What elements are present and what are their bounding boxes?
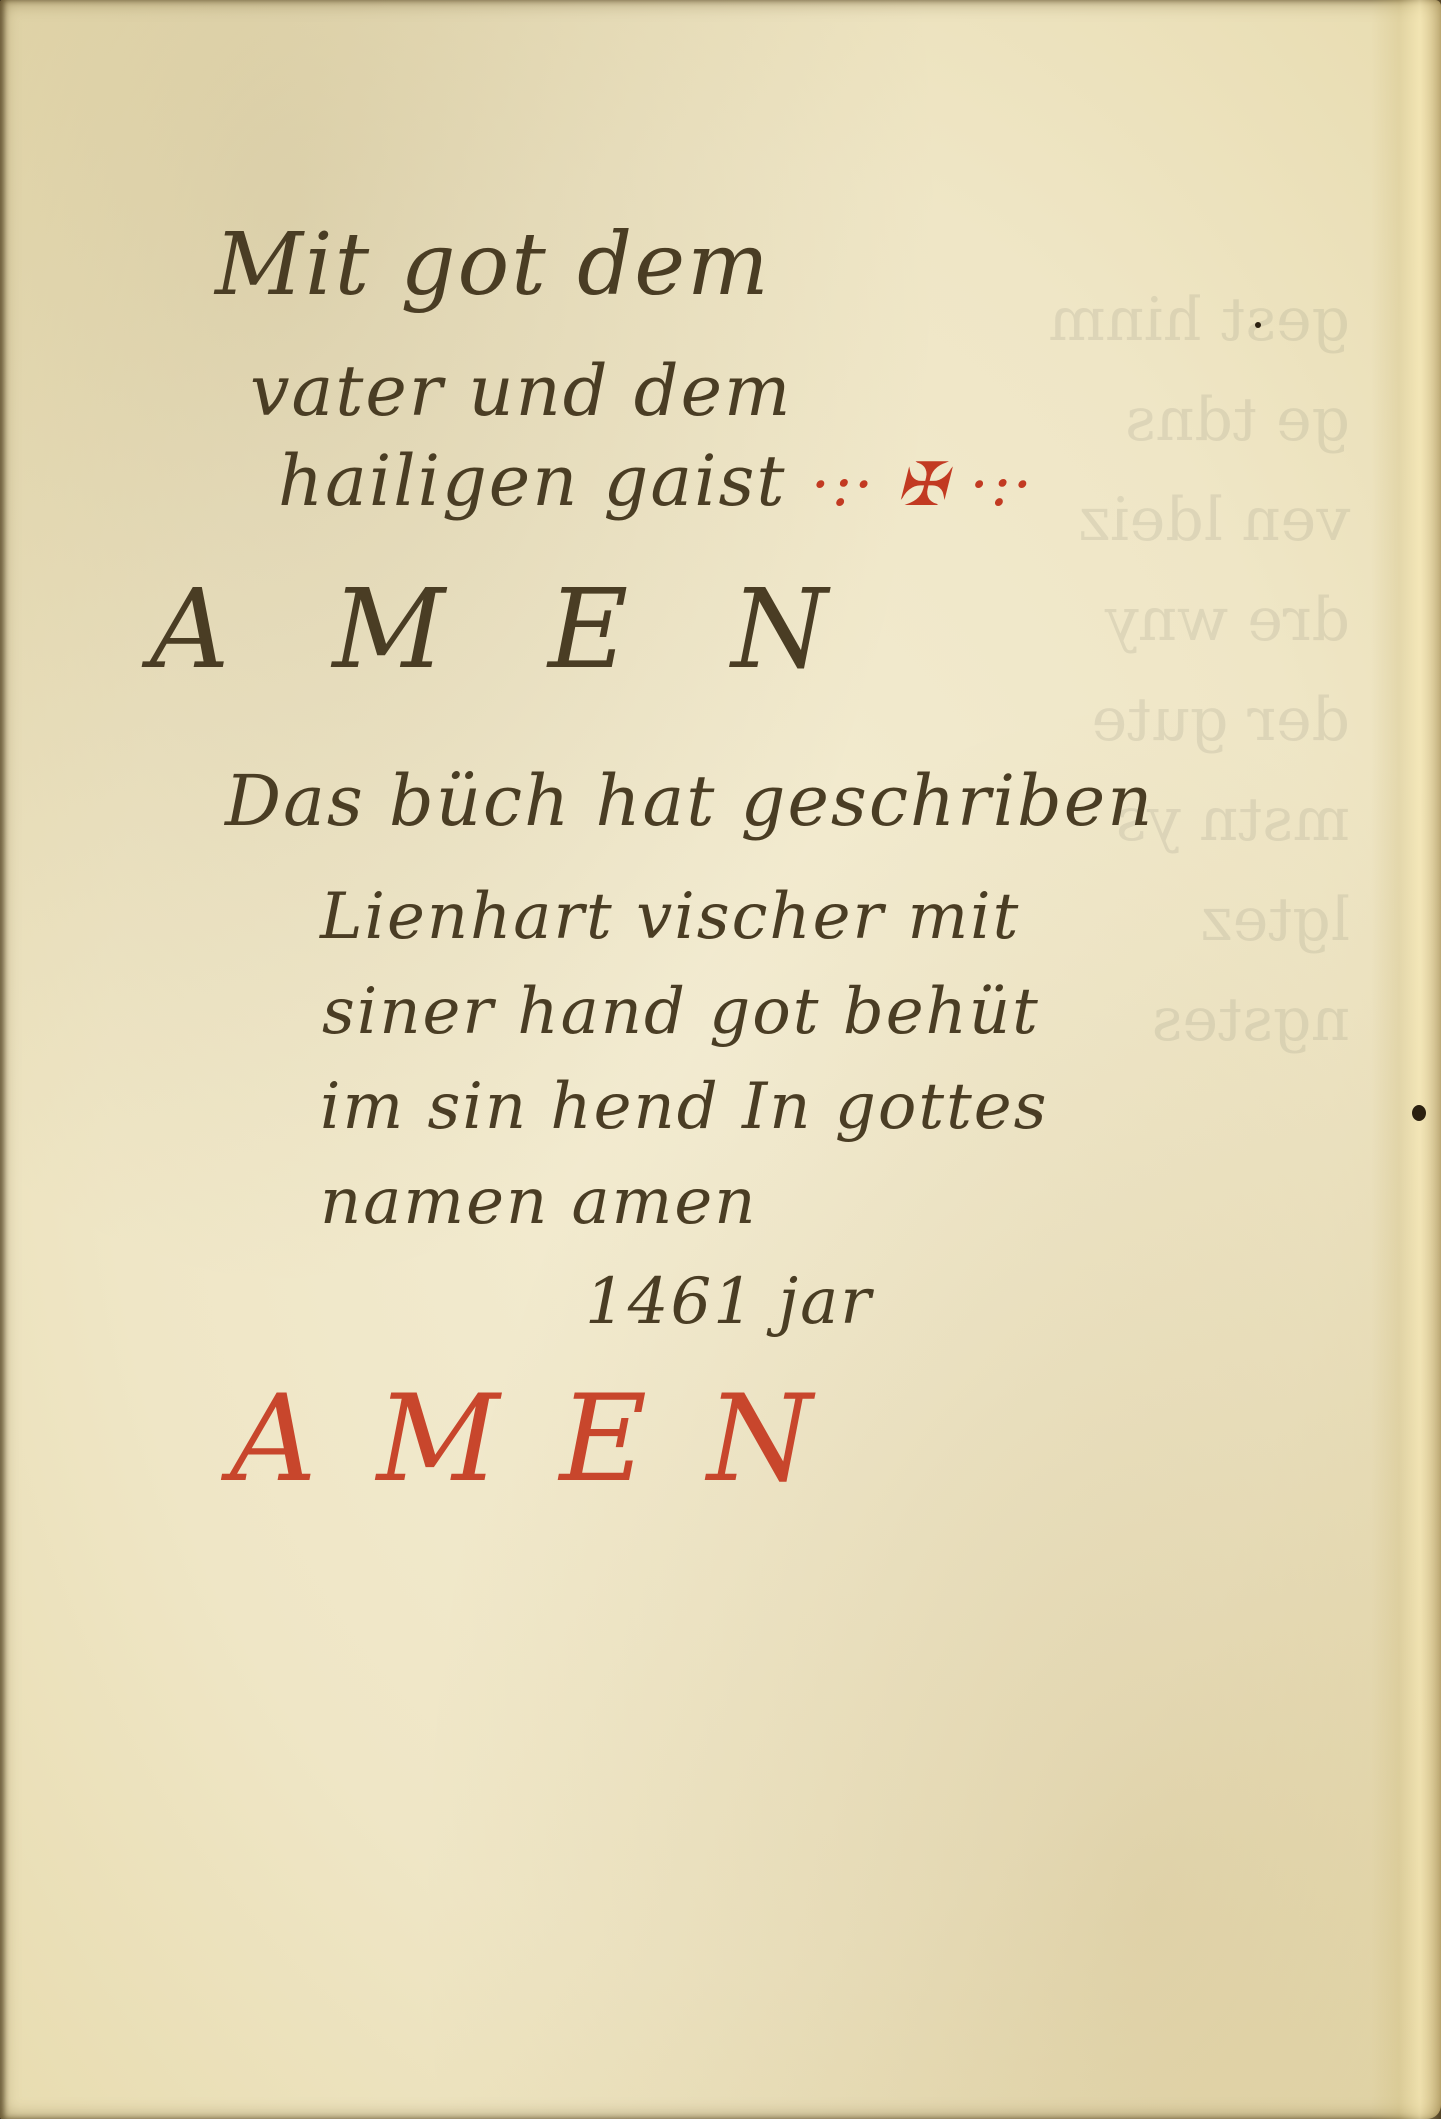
final-amen-rubric: AMEN — [230, 1370, 872, 1509]
amen-display-line: A M E N — [150, 565, 862, 693]
line-1: Mit got dem — [215, 215, 771, 315]
line-9: namen amen — [320, 1165, 757, 1239]
show-through-text: gest hinm ge tdns ven ldeiz dre wny der … — [1090, 270, 1350, 1070]
rubric-ornament: ·:· ✠ ·:· — [811, 450, 1034, 520]
line-5: Das büch hat geschriben — [225, 760, 1154, 842]
line-2: vater und dem — [250, 350, 792, 432]
manuscript-page: gest hinm ge tdns ven ldeiz dre wny der … — [0, 0, 1441, 2119]
line-3-text: hailigen gaist — [278, 440, 787, 522]
line-6: Lienhart vischer mit — [320, 880, 1020, 954]
date-line: 1461 jar — [585, 1265, 873, 1339]
page-gutter — [1371, 0, 1441, 2119]
line-3: hailigen gaist ·:· ✠ ·:· — [278, 440, 1034, 522]
line-7: siner hand got behüt — [322, 975, 1040, 1049]
ink-spot — [1255, 322, 1261, 328]
line-8: im sin hend In gottes — [320, 1070, 1049, 1144]
ink-spot — [1412, 1105, 1426, 1121]
